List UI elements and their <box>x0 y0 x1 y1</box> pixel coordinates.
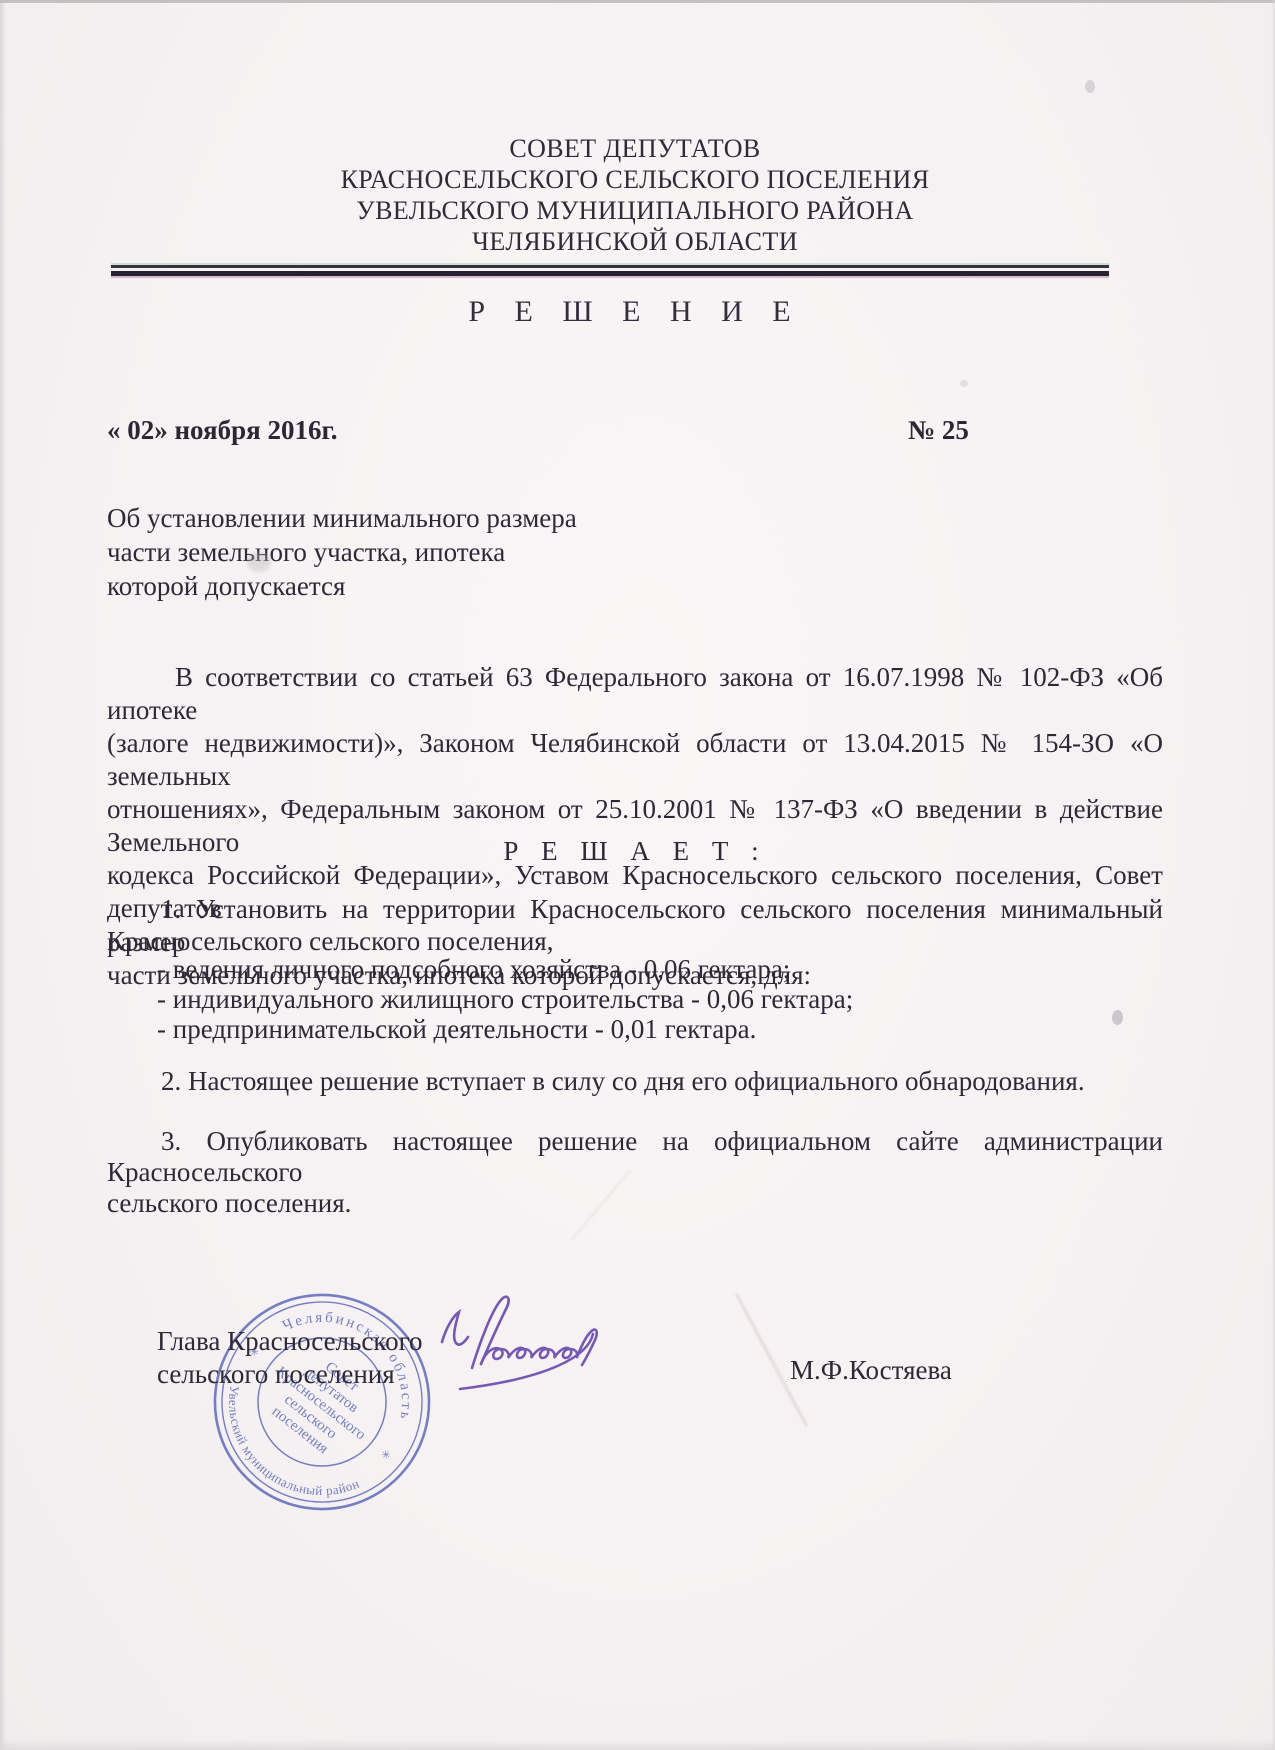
signatory-position-line-1: Глава Красносельского <box>157 1325 422 1358</box>
signatory-position-line-2: сельского поселения <box>157 1358 422 1391</box>
scan-smudge <box>247 552 271 572</box>
letterhead-divider <box>111 265 1109 277</box>
scan-edge-bottom <box>0 1739 1275 1750</box>
signatory-position: Глава Красносельского сельского поселени… <box>157 1325 422 1391</box>
subject-line-2: части земельного участка, ипотека <box>107 535 627 569</box>
scan-speck <box>960 380 968 387</box>
scan-edge-top <box>0 0 1275 3</box>
preamble-line: (залоге недвижимости)», Законом Челябинс… <box>107 727 1163 793</box>
item-3-line: сельского поселения. <box>107 1188 1163 1219</box>
sublist-item: - предпринимательской деятельности - 0,0… <box>157 1014 1107 1044</box>
scan-speck <box>1112 1010 1123 1025</box>
resolution-item-2: 2. Настоящее решение вступает в силу со … <box>107 1065 1163 1098</box>
preamble-line: В соответствии со статьей 63 Федеральног… <box>107 661 1163 727</box>
official-round-stamp: Челябинская область Увельский муниципаль… <box>202 1282 442 1522</box>
resolution-item-1-sublist: - ведения личного подсобного хозяйства -… <box>157 954 1107 1044</box>
handwritten-signature <box>430 1278 605 1398</box>
sublist-item: - индивидуального жилищного строительств… <box>157 984 1107 1014</box>
subject-block: Об установлении минимального размера час… <box>107 501 627 603</box>
letterhead-line-4: ЧЕЛЯБИНСКОЙ ОБЛАСТИ <box>0 226 1270 257</box>
document-date: « 02» ноября 2016г. <box>107 414 338 447</box>
sublist-item: - ведения личного подсобного хозяйства -… <box>157 954 1107 984</box>
divider-line-thick <box>111 271 1109 276</box>
signatory-name: М.Ф.Костяева <box>790 1355 952 1386</box>
letterhead-line-1: СОВЕТ ДЕПУТАТОВ <box>0 133 1270 164</box>
resolves-heading: Р Е Ш А Е Т : <box>0 836 1270 867</box>
letterhead-line-2: КРАСНОСЕЛЬСКОГО СЕЛЬСКОГО ПОСЕЛЕНИЯ <box>0 164 1270 195</box>
subject-line-1: Об установлении минимального размера <box>107 501 627 535</box>
scanned-document-page: СОВЕТ ДЕПУТАТОВ КРАСНОСЕЛЬСКОГО СЕЛЬСКОГ… <box>0 0 1275 1750</box>
item-3-line: 3. Опубликовать настоящее решение на офи… <box>107 1126 1163 1188</box>
letterhead: СОВЕТ ДЕПУТАТОВ КРАСНОСЕЛЬСКОГО СЕЛЬСКОГ… <box>0 133 1270 257</box>
stamp-star-right: ✳ <box>378 1448 393 1463</box>
document-number: № 25 <box>908 414 969 447</box>
letterhead-line-3: УВЕЛЬСКОГО МУНИЦИПАЛЬНОГО РАЙОНА <box>0 195 1270 226</box>
item-1-line: 1. Установить на территории Красносельск… <box>107 893 1163 959</box>
document-type-title: Р Е Ш Е Н И Е <box>0 295 1270 329</box>
scan-edge-left <box>0 0 6 1750</box>
resolution-item-3: 3. Опубликовать настоящее решение на офи… <box>107 1126 1163 1219</box>
scan-edge-right <box>1271 0 1275 1750</box>
subject-line-3: которой допускается <box>107 569 627 603</box>
scan-speck <box>1085 80 1095 93</box>
